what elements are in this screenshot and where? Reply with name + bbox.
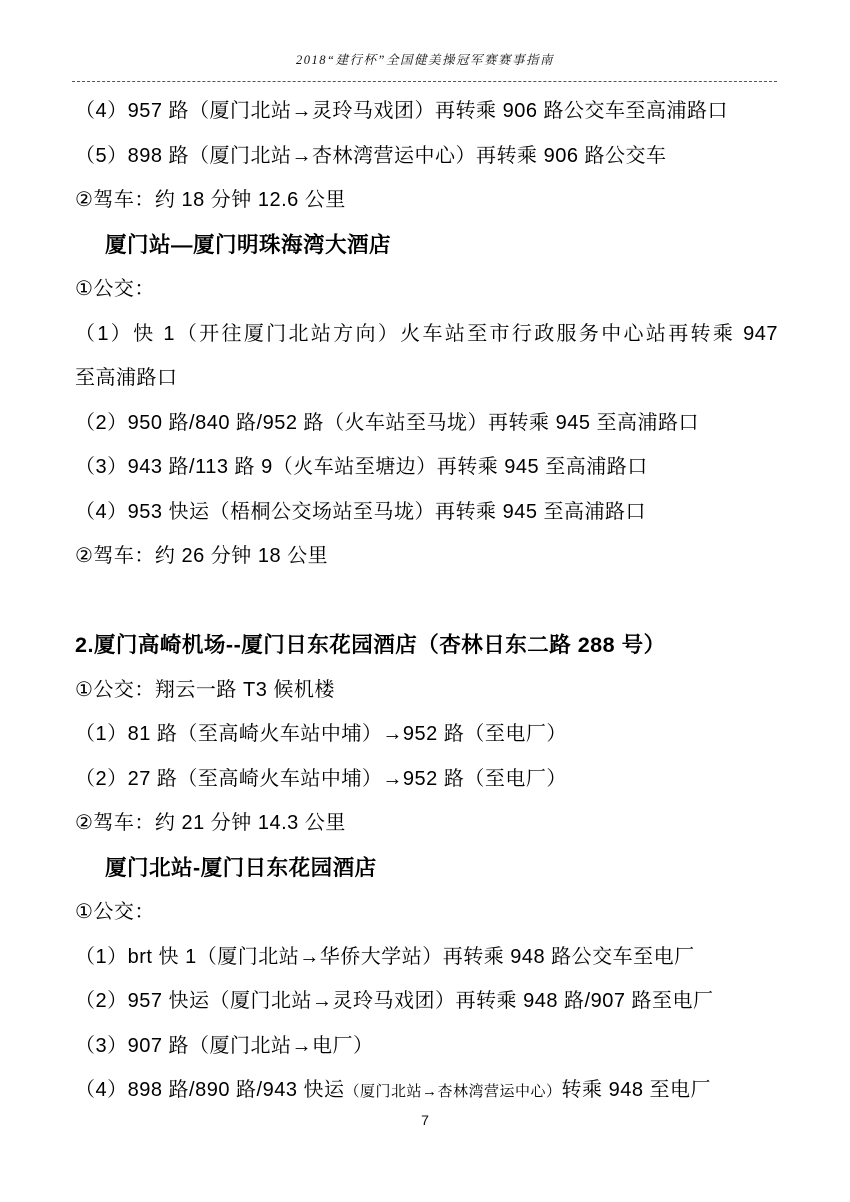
text-line: ②驾车：约 18 分钟 12.6 公里: [75, 178, 778, 223]
text-segment-small: （厦门北站→杏林湾营运中心）: [345, 1083, 562, 1100]
text-line: （1）brt 快 1（厦门北站→华侨大学站）再转乘 948 路公交车至电厂: [75, 935, 778, 980]
text-line: （3）943 路/113 路 9（火车站至塘边）再转乘 945 至高浦路口: [75, 445, 778, 490]
text-line: ①公交：: [75, 890, 778, 935]
text-line: （1）81 路（至高崎火车站中埔）→952 路（至电厂）: [75, 712, 778, 757]
route-subheading: 厦门站—厦门明珠海湾大酒店: [75, 223, 778, 268]
header-title: 2018“建行杯”全国健美操冠军赛赛事指南: [296, 53, 554, 67]
document-page: 2018“建行杯”全国健美操冠军赛赛事指南 （4）957 路（厦门北站→灵玲马戏…: [0, 0, 850, 1202]
document-body: （4）957 路（厦门北站→灵玲马戏团）再转乘 906 路公交车至高浦路口（5）…: [75, 89, 778, 1115]
text-line: ①公交：: [75, 267, 778, 312]
text-line: ②驾车：约 21 分钟 14.3 公里: [75, 801, 778, 846]
text-line: （5）898 路（厦门北站→杏林湾营运中心）再转乘 906 路公交车: [75, 134, 778, 179]
header-divider: [72, 81, 777, 82]
section-heading: 2.厦门高崎机场--厦门日东花园酒店（杏林日东二路 288 号）: [75, 623, 778, 668]
text-line: （4）957 路（厦门北站→灵玲马戏团）再转乘 906 路公交车至高浦路口: [75, 89, 778, 134]
text-line: （4）898 路/890 路/943 快运（厦门北站→杏林湾营运中心）转乘 94…: [75, 1068, 778, 1115]
blank-line: [75, 579, 778, 624]
text-line: （1）快 1（开往厦门北站方向）火车站至市行政服务中心站再转乘 947: [75, 312, 778, 357]
text-segment: （4）898 路/890 路/943 快运: [75, 1079, 345, 1101]
text-segment: 转乘 948 至电厂: [562, 1079, 711, 1101]
route-subheading: 厦门北站-厦门日东花园酒店: [75, 846, 778, 891]
text-line: （2）27 路（至高崎火车站中埔）→952 路（至电厂）: [75, 757, 778, 802]
page-footer: 7: [0, 1112, 850, 1128]
text-line: ①公交：翔云一路 T3 候机楼: [75, 668, 778, 713]
text-line: ②驾车：约 26 分钟 18 公里: [75, 534, 778, 579]
text-line: （3）907 路（厦门北站→电厂）: [75, 1024, 778, 1069]
text-line: （4）953 快运（梧桐公交场站至马垅）再转乘 945 至高浦路口: [75, 490, 778, 535]
page-header: 2018“建行杯”全国健美操冠军赛赛事指南: [0, 50, 850, 69]
text-line: （2）957 快运（厦门北站→灵玲马戏团）再转乘 948 路/907 路至电厂: [75, 979, 778, 1024]
text-line: （2）950 路/840 路/952 路（火车站至马垅）再转乘 945 至高浦路…: [75, 401, 778, 446]
page-number: 7: [421, 1112, 429, 1128]
text-line: 至高浦路口: [75, 356, 778, 401]
